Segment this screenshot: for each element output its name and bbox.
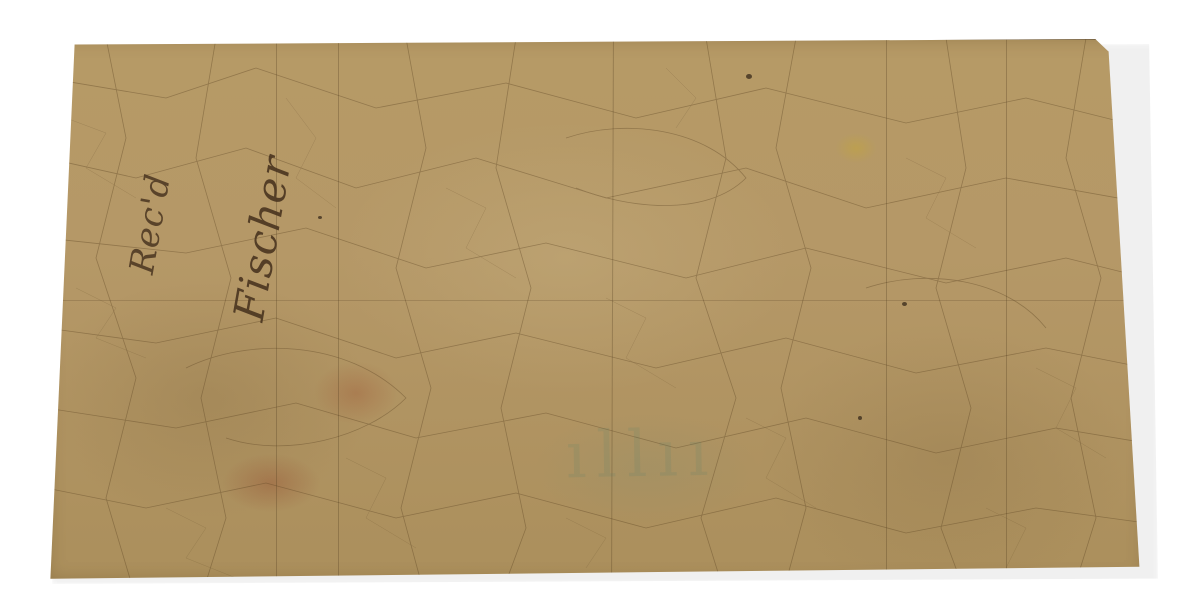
fold-line [886, 38, 887, 582]
aged-paper-note: ıllıı Rec'd Fischer [46, 38, 1146, 582]
photo-stage: ıllıı Rec'd Fischer [0, 0, 1200, 614]
fold-line [46, 300, 1146, 301]
fold-line [1006, 38, 1007, 582]
ink-spot [902, 302, 907, 306]
ink-spot [858, 416, 862, 420]
crackle-texture [46, 38, 1146, 582]
fold-line [338, 38, 339, 582]
ink-spot [318, 216, 322, 219]
fold-line [276, 38, 277, 582]
bleed-through-text: ıllıı [565, 417, 719, 494]
ink-spot [746, 74, 752, 79]
